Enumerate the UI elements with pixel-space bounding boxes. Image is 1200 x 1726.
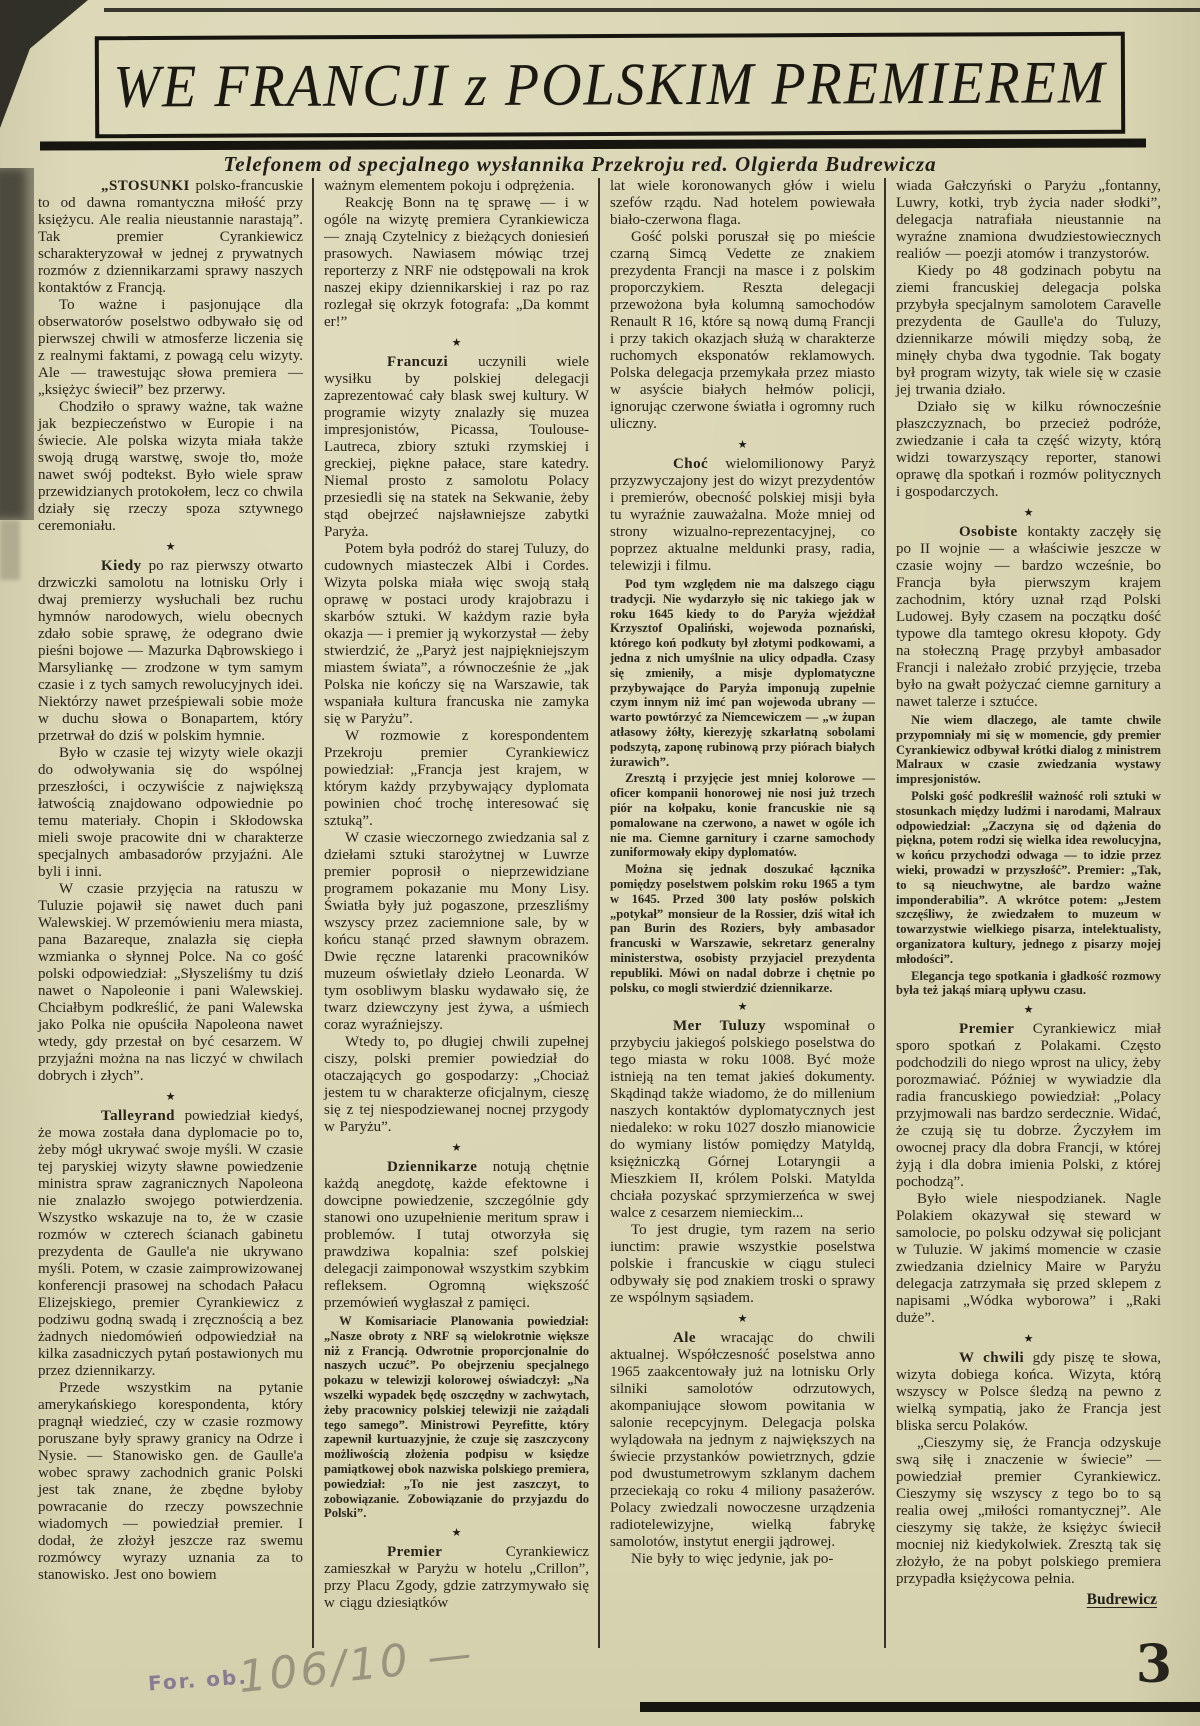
- section-separator-star: ★: [324, 336, 589, 350]
- section-separator-star: ★: [38, 1090, 303, 1104]
- paragraph: Potem była podróż do starej Tuluzy, do c…: [324, 541, 589, 728]
- section-separator-star: ★: [896, 506, 1161, 520]
- lead-paragraph: Osobiste kontakty zaczęły się po II wojn…: [896, 524, 1161, 711]
- article-columns: „STOSUNKI polsko-francuskie to od dawna …: [28, 178, 1170, 1648]
- scan-smudge-left: [0, 520, 20, 580]
- paragraph: Gość polski poruszał się po mieście czar…: [610, 229, 875, 433]
- lead-paragraph: Premier Cyrankiewicz miał sporo spotkań …: [896, 1021, 1161, 1191]
- paragraph: Przede wszystkim na pytanie amerykańskie…: [38, 1380, 303, 1584]
- paragraph: W rozmowie z korespondentem Przekroju pr…: [324, 728, 589, 830]
- lead-paragraph: Kiedy po raz pierwszy otwarto drzwiczki …: [38, 558, 303, 745]
- paragraph: wiada Gałczyński o Paryżu „fontanny, Luw…: [896, 178, 1161, 263]
- paragraph: Nie były to więc jedynie, jak po-: [610, 1551, 875, 1568]
- lead-paragraph: Talleyrand powiedział kiedyś, że mowa zo…: [38, 1108, 303, 1380]
- page-title: WE FRANCJI z POLSKIM PREMIEREM: [113, 48, 1106, 121]
- section-separator-star: ★: [610, 1312, 875, 1326]
- archive-stamp: For. ob.: [147, 1665, 248, 1696]
- small-paragraph: Nie wiem dlaczego, ale tamte chwile przy…: [896, 713, 1161, 787]
- page-number: 3: [1136, 1634, 1172, 1695]
- paragraph: To jest drugie, tym razem na serio iunct…: [610, 1222, 875, 1307]
- small-paragraph: Zresztą i przyjęcie jest mniej kolorowe …: [610, 771, 875, 860]
- author-signature: Budrewicz: [896, 1591, 1161, 1609]
- top-edge-rule: [104, 8, 1200, 12]
- section-separator-star: ★: [38, 540, 303, 554]
- lead-paragraph: Choć wielomilionowy Paryż przyzwyczajony…: [610, 456, 875, 575]
- photo-remnant-top-left: [0, 0, 88, 128]
- paragraph: „Cieszymy się, że Francja odzyskuje swą …: [896, 1435, 1161, 1588]
- small-paragraph: W Komisariacie Planowania powiedział: „N…: [324, 1314, 589, 1521]
- section-separator-star: ★: [896, 1003, 1161, 1017]
- lead-paragraph: Ale wracając do chwili aktualnej. Współc…: [610, 1330, 875, 1551]
- column-2: ważnym elementem pokoju i odprężenia.Rea…: [312, 178, 598, 1648]
- small-paragraph: Pod tym względem nie ma dalszego ciągu t…: [610, 577, 875, 769]
- paragraph: W czasie przyjęcia na ratuszu w Tuluzie …: [38, 881, 303, 1085]
- bottom-edge-bar: [640, 1702, 1200, 1712]
- small-paragraph: Elegancja tego spotkania i gładkość rozm…: [896, 969, 1161, 999]
- small-paragraph: Polski gość podkreślił ważność roli sztu…: [896, 789, 1161, 967]
- small-paragraph: Można się jednak doszukać łącznika pomię…: [610, 862, 875, 995]
- lead-paragraph: Francuzi uczynili wiele wysiłku by polsk…: [324, 354, 589, 541]
- lead-paragraph: W chwili gdy piszę te słowa, wizyta dobi…: [896, 1350, 1161, 1435]
- paragraph: Było wiele niespodzianek. Nagle Polakiem…: [896, 1191, 1161, 1327]
- paragraph: ważnym elementem pokoju i odprężenia.: [324, 178, 589, 195]
- lead-paragraph: Mer Tuluzy wspominał o przybyciu jakiego…: [610, 1018, 875, 1222]
- lead-paragraph: Dziennikarze notują chętnie każdą anegdo…: [324, 1159, 589, 1312]
- section-separator-star: ★: [610, 438, 875, 452]
- newspaper-page: WE FRANCJI z POLSKIM PREMIEREM Telefonem…: [0, 0, 1200, 1726]
- column-1: „STOSUNKI polsko-francuskie to od dawna …: [28, 178, 312, 1648]
- column-4: wiada Gałczyński o Paryżu „fontanny, Luw…: [884, 178, 1170, 1648]
- section-separator-star: ★: [324, 1141, 589, 1155]
- paragraph: Kiedy po 48 godzinach pobytu na ziemi fr…: [896, 263, 1161, 399]
- lead-paragraph: „STOSUNKI polsko-francuskie to od dawna …: [38, 178, 303, 297]
- paragraph: To ważne i pasjonujące dla obserwatorów …: [38, 297, 303, 399]
- headline-underbar: [40, 139, 1146, 151]
- paragraph: Reakcję Bonn na tę sprawę — i w ogóle na…: [324, 195, 589, 331]
- byline-subtitle: Telefonem od specjalnego wysłannika Prze…: [0, 152, 1160, 177]
- headline-box: WE FRANCJI z POLSKIM PREMIEREM: [95, 32, 1125, 138]
- column-3: lat wiele koronowanych głów i wielu szef…: [598, 178, 884, 1648]
- section-separator-star: ★: [896, 1332, 1161, 1346]
- paragraph: lat wiele koronowanych głów i wielu szef…: [610, 178, 875, 229]
- section-separator-star: ★: [610, 1000, 875, 1014]
- paragraph: Chodziło o sprawy ważne, tak ważne jak b…: [38, 399, 303, 535]
- paragraph: Było w czasie tej wizyty wiele okazji do…: [38, 745, 303, 881]
- lead-paragraph: Premier Cyrankiewicz zamieszkał w Paryżu…: [324, 1544, 589, 1612]
- section-separator-star: ★: [324, 1526, 589, 1540]
- paragraph: Wtedy to, po długiej chwili zupełnej cis…: [324, 1034, 589, 1136]
- paragraph: W czasie wieczornego zwiedzania sal z dz…: [324, 830, 589, 1034]
- paragraph: Działo się w kilku równocześnie płaszczy…: [896, 399, 1161, 501]
